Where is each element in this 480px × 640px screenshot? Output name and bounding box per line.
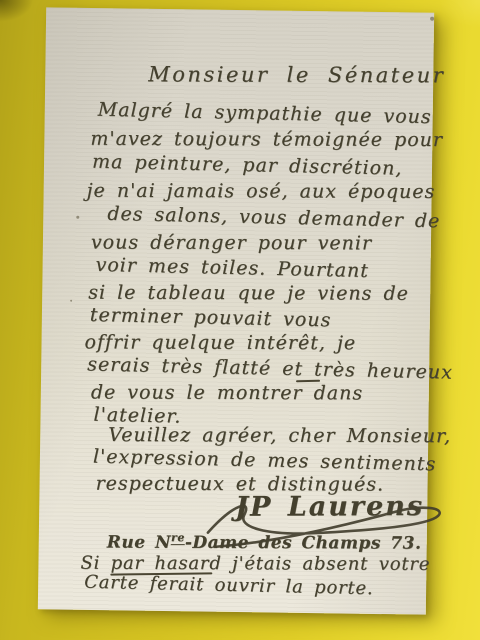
closing-line: l'expression de mes sentiments xyxy=(93,446,437,476)
body-line: voir mes toiles. Pourtant xyxy=(95,254,369,282)
address-line: Rue Nre-Dame des Champs 73. xyxy=(107,531,422,554)
body-line: de vous le montrer dans xyxy=(91,381,363,404)
body-line: m'avez toujours témoignée pour xyxy=(90,128,443,151)
body-line: serais très flatté et très heureux xyxy=(87,353,453,383)
address-superscript: re xyxy=(171,531,185,545)
paper-speck xyxy=(70,300,72,302)
body-line: vous déranger pour venir xyxy=(91,231,372,254)
body-line: terminer pouvait vous xyxy=(90,304,332,331)
letter-paper: Monsieur le Sénateur Malgré la sympathie… xyxy=(38,7,434,614)
body-line: Malgré la sympathie que vous xyxy=(98,99,432,129)
postscript-line: Carte ferait ouvrir la porte. xyxy=(84,572,374,600)
signature: JP Laurens xyxy=(235,491,424,523)
paper-speck xyxy=(430,17,434,21)
body-line: je n'ai jamais osé, aux époques xyxy=(87,180,436,203)
postscript-line: Si par hasard j'étais absent votre xyxy=(80,553,430,575)
body-line: des salons, vous demander de xyxy=(107,203,440,233)
paper-speck xyxy=(76,216,79,219)
closing-line: Veuillez agréer, cher Monsieur, xyxy=(108,424,451,447)
salutation-line: Monsieur le Sénateur xyxy=(148,62,445,87)
address-part: Rue N xyxy=(107,533,171,553)
address-part: -Dame des Champs 73. xyxy=(185,533,422,554)
body-line: offrir quelque intérêt, je xyxy=(85,331,357,354)
body-line: si le tableau que je viens de xyxy=(88,282,409,305)
photo-background: Monsieur le Sénateur Malgré la sympathie… xyxy=(0,0,480,640)
body-line: ma peinture, par discrétion, xyxy=(92,151,403,180)
